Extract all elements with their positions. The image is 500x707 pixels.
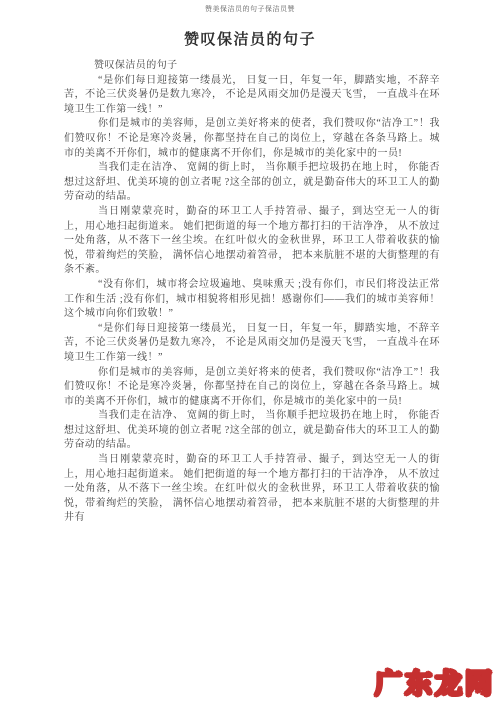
paragraph-9: 当日刚蒙蒙亮时，勤奋的环卫工人手持笤帚、撮子，到达空无一人的街上，用心地扫起街道…	[64, 453, 440, 526]
paragraph-4: 当日刚蒙蒙亮时，勤奋的环卫工人手持笤帚、撮子，到达空无一人的街上，用心地扫起街道…	[64, 205, 440, 278]
paragraph-6: “是你们每日迎接第一缕晨光， 日复一日，年复一年，脚踏实地，不辞辛苦，不论三伏炎…	[64, 322, 440, 366]
subtitle: 赞叹保洁员的句子	[64, 59, 440, 74]
paragraph-3: 当我们走在洁净、 宽阔的街上时， 当你顺手把垃圾扔在地上时， 你能否想过这舒坦、…	[64, 161, 440, 205]
document-page: 赞美保洁员的句子保洁员赞 赞叹保洁员的句子 赞叹保洁员的句子 “是你们每日迎接第…	[0, 0, 500, 707]
paragraph-2: 你们是城市的美容师，是创立美好将来的使者，我们赞叹你“洁净工”！我们赞叹你！不论…	[64, 117, 440, 161]
page-header-text: 赞美保洁员的句子保洁员赞	[0, 0, 500, 14]
site-watermark: 广东龙网	[375, 662, 495, 701]
document-body: 赞叹保洁员的句子 “是你们每日迎接第一缕晨光， 日复一日，年复一年，脚踏实地，不…	[64, 59, 440, 526]
paragraph-8: 当我们走在洁净、 宽阔的街上时， 当你顺手把垃圾扔在地上时， 你能否想过这舒坦、…	[64, 409, 440, 453]
page-title: 赞叹保洁员的句子	[0, 31, 500, 49]
paragraph-7: 你们是城市的美容师，是创立美好将来的使者，我们赞叹你“洁净工”！我们赞叹你！不论…	[64, 366, 440, 410]
paragraph-1: “是你们每日迎接第一缕晨光， 日复一日，年复一年，脚踏实地，不辞辛苦，不论三伏炎…	[64, 74, 440, 118]
paragraph-5: “没有你们，城市将会垃圾遍地、臭味熏天 ;没有你们，市民们将没法正常工作和生活 …	[64, 278, 440, 322]
